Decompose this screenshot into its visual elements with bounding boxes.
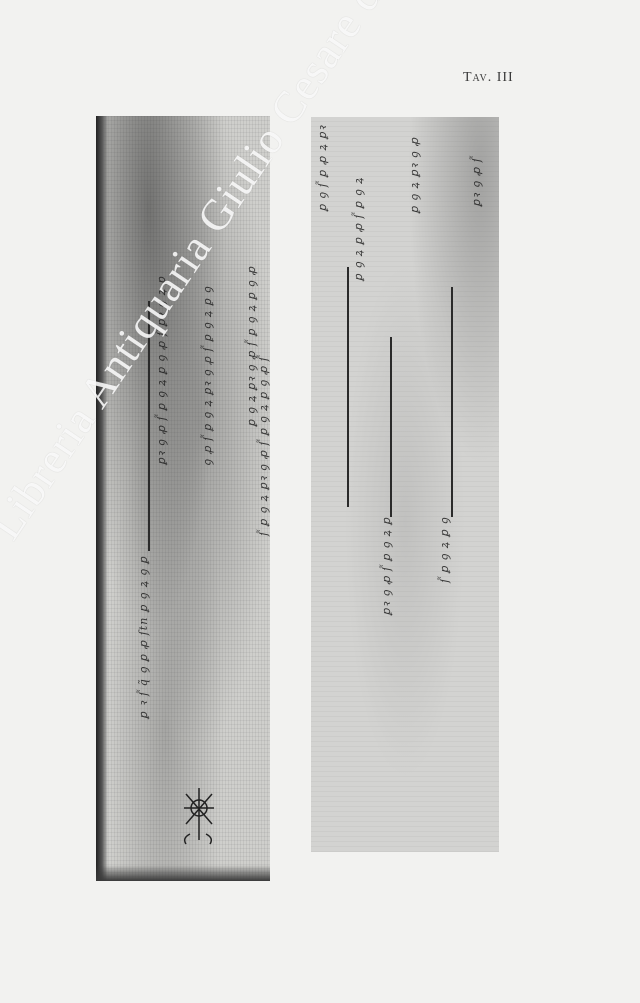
manuscript-line: ꝑꝛ ꝯ ꝓ ſ̃ <box>469 157 484 207</box>
manuscript-line: ꝑꝛ ꝯ ꝓ ſ̃ ꝑ ꝯ ꝝ ꝑ <box>379 517 394 616</box>
manuscript-line: ꝑ ꝯ ꝝ ꝑ ꝓ ſ̃ ꝑ ꝯ ꝝ <box>351 177 366 281</box>
manuscript-line: ꝑ ꝛ ſ̃ q̃ ꝯ ꝑ ꝓ ſtn ꝑ ꝯ ꝝ ꝯ ꝑ <box>136 556 151 719</box>
manuscript-rule-line <box>390 337 392 517</box>
notary-signum-icon <box>176 784 222 848</box>
plate-label: Tav. III <box>463 70 514 86</box>
manuscript-rule-line <box>347 267 349 507</box>
manuscript-line: ꝑ ꝯ ꝝ ꝑꝛ ꝯ ꝓ <box>407 137 422 213</box>
manuscript-rule-line <box>451 287 453 517</box>
right-manuscript-photo: ꝑ ꝯ ſ̃ ꝑ ꝓ ꝝ ꝑꝛ ꝑ ꝯ ꝝ ꝑ ꝓ ſ̃ ꝑ ꝯ ꝝ ꝑꝛ ꝯ … <box>311 117 499 852</box>
manuscript-line: ꝑ ꝯ ſ̃ ꝑ ꝓ ꝝ ꝑꝛ <box>315 125 330 212</box>
manuscript-line: ꝯ ꝓ ſ̃ ꝑ ꝯ ꝝ ꝑꝛ ꝯ ꝓ ſ̃ ꝑ ꝯ ꝝ ꝑ ꝯ <box>200 286 215 466</box>
manuscript-line: ſ̃ ꝑ ꝯ ꝝ ꝑꝛ ꝯ ꝓ ſ̃ ꝑ ꝯ ꝝ ꝑ ꝯ ꝓ ſ̃ <box>256 356 270 536</box>
manuscript-line: ſ̃ ꝑ ꝯ ꝝ ꝑ ꝯ <box>437 517 452 583</box>
